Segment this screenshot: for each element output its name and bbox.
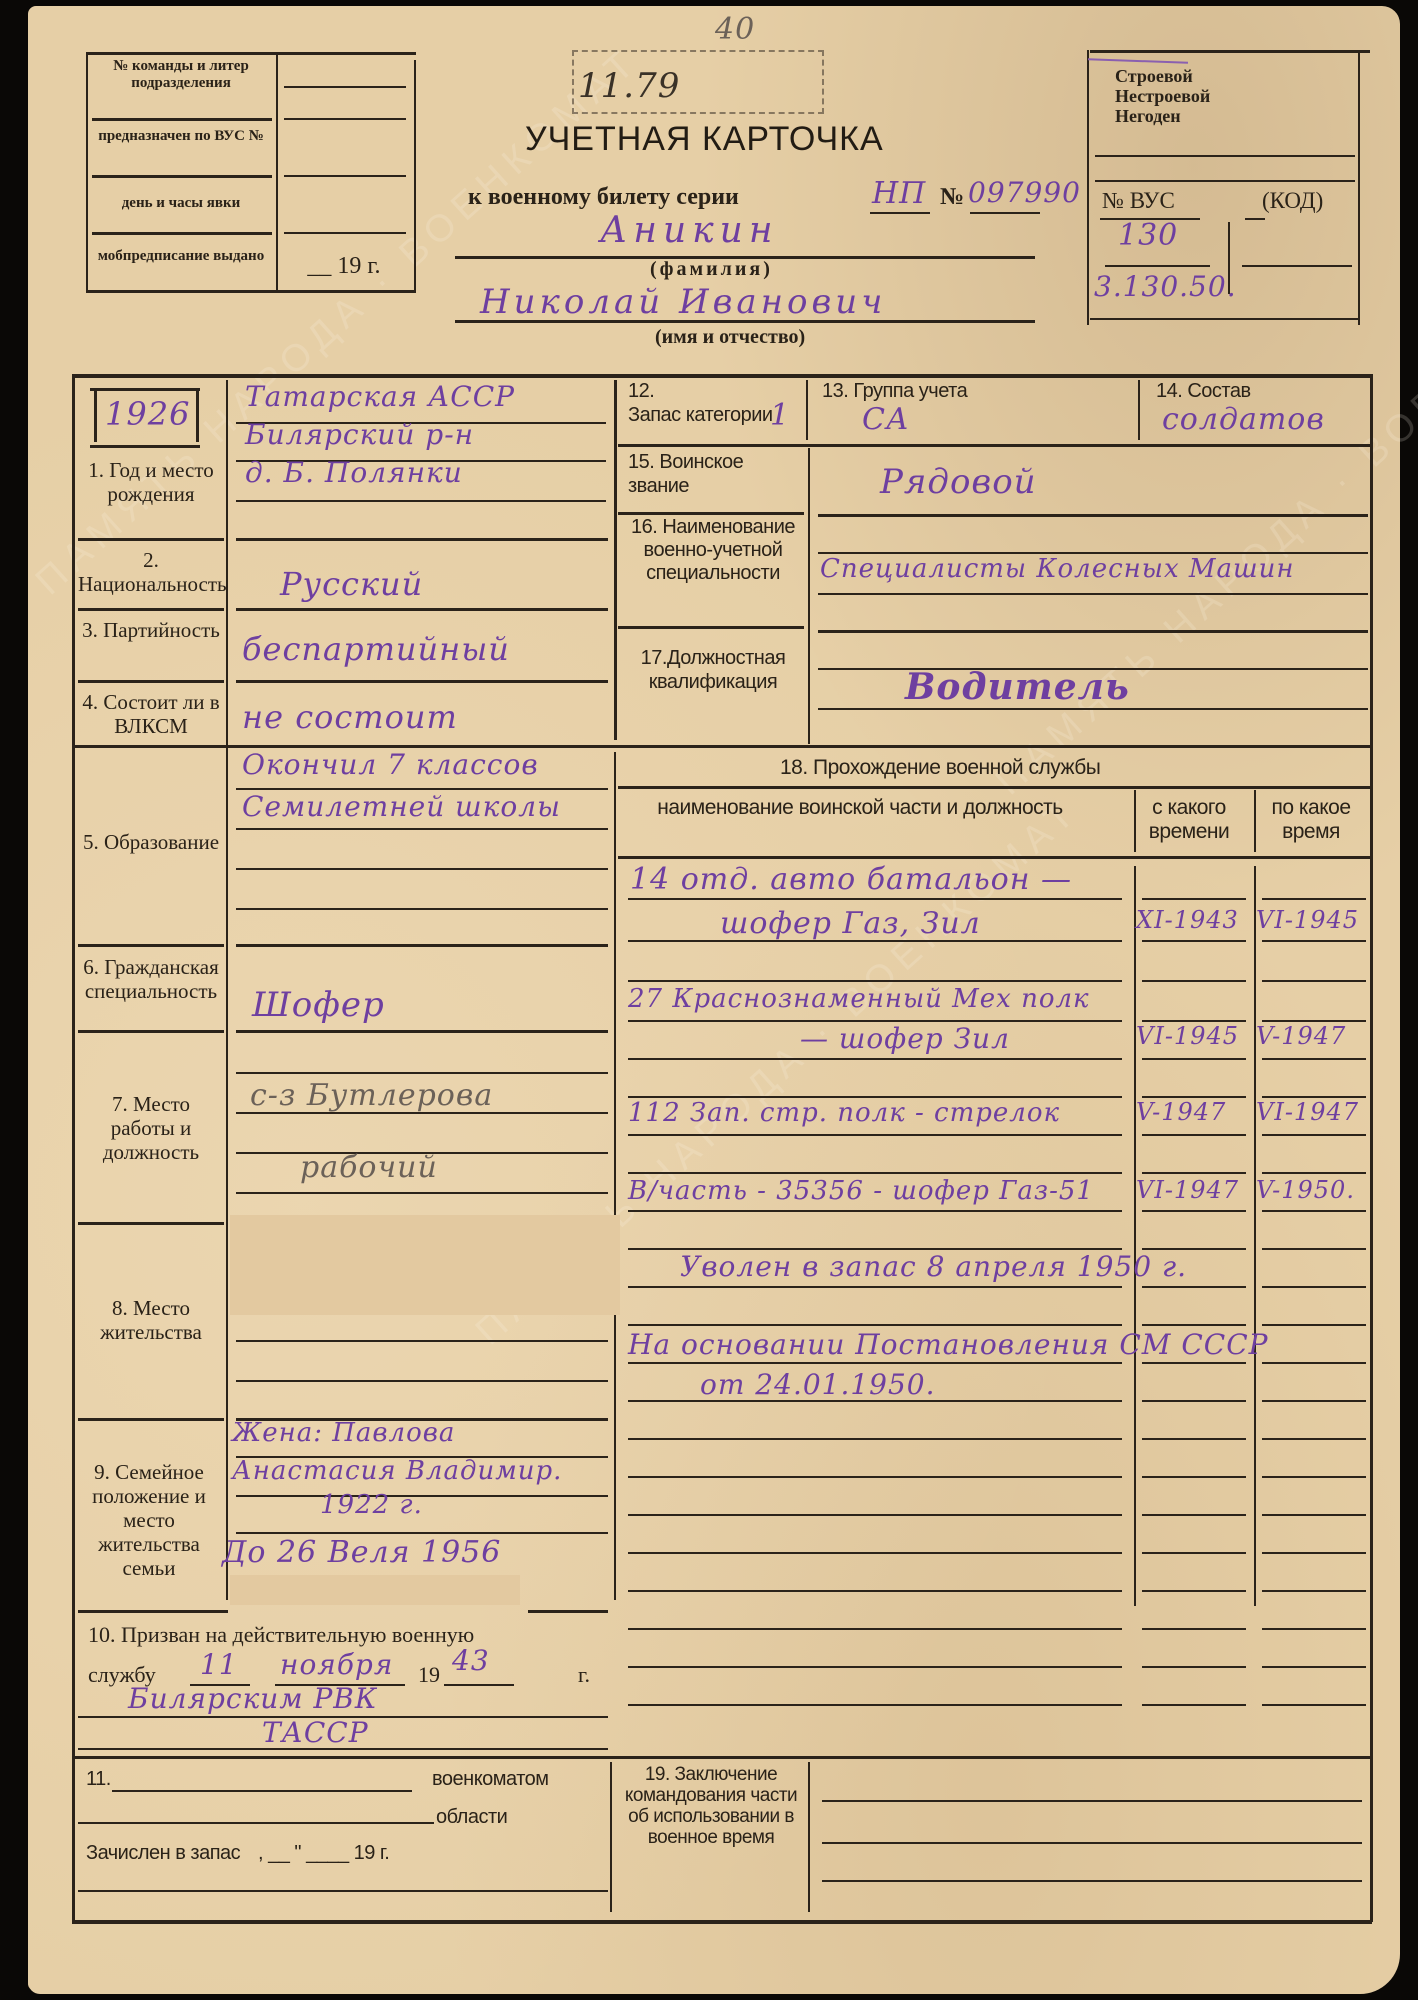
service-from: VI-1947 xyxy=(1136,1176,1239,1204)
service-unit-line: шофер Газ, Зил xyxy=(720,906,981,941)
conscription-month: ноября xyxy=(280,1648,393,1681)
conscription-year: 43 xyxy=(452,1644,490,1677)
label-report-time: день и часы явки xyxy=(96,195,266,212)
workplace-line-1: с-з Бутлерова xyxy=(250,1078,493,1113)
birth-year: 1926 xyxy=(105,395,190,433)
reserve-category-value: 1 xyxy=(770,398,790,433)
vus-note: 3.130.50. xyxy=(1094,270,1237,303)
position-qualification-value: Водитель xyxy=(905,666,1130,708)
komsomol-value: не состоит xyxy=(242,698,458,736)
label-civil-specialty: 6. Гражданская специальность xyxy=(78,955,224,1003)
service-to: VI-1945 xyxy=(1256,906,1359,934)
label-reserve: Зачислен в запас xyxy=(86,1842,240,1865)
nationality-value: Русский xyxy=(280,565,423,603)
label-field-12-num: 12. xyxy=(628,380,654,403)
education-line-2: Семилетней школы xyxy=(242,790,561,823)
conscription-region: ТАССР xyxy=(262,1716,369,1749)
service-unit-line: В/часть - 35356 - шофер Газ-51 xyxy=(628,1176,1094,1206)
label-composition: 14. Состав xyxy=(1156,380,1251,403)
id-number: 097990 xyxy=(968,176,1081,209)
label-nationality: 2. Национальность xyxy=(78,548,224,596)
birth-place-line-1: Татарская АССР xyxy=(245,380,515,413)
main-frame-bottom xyxy=(72,1920,1372,1924)
account-group-value: СА xyxy=(862,402,910,437)
discharge-line-1: Уволен в запас 8 апреля 1950 г. xyxy=(680,1250,1187,1283)
reserve-date: , __ " ____ 19 г. xyxy=(258,1842,389,1865)
conscription-day: 11 xyxy=(200,1648,238,1681)
vus-label: № ВУС xyxy=(1102,188,1175,214)
label-oblast: области xyxy=(436,1806,507,1829)
birth-place-line-3: д. Б. Полянки xyxy=(245,456,463,489)
label-residence: 8. Место жительства xyxy=(78,1296,224,1344)
party-value: беспартийный xyxy=(242,630,510,668)
given-names-caption: (имя и отчество) xyxy=(655,326,805,349)
fitness-option-combat: Строевой xyxy=(1115,66,1210,86)
discharge-line-2: На основании Постановления СМ СССР xyxy=(628,1328,1268,1361)
fitness-option-unfit: Негоден xyxy=(1115,106,1210,126)
pencil-mark: 40 xyxy=(715,12,755,47)
year-suffix: г. xyxy=(578,1662,590,1688)
label-field-11: 11. xyxy=(86,1768,111,1791)
main-frame-top xyxy=(72,374,1372,378)
col-unit-header: наименование воинской части и должность xyxy=(640,796,1080,820)
label-military-specialty: 16. Наименование военно-учетной специаль… xyxy=(620,516,806,585)
label-command-number: № команды и литер подразделения xyxy=(96,58,266,92)
redacted-family xyxy=(230,1575,520,1605)
service-to: VI-1947 xyxy=(1256,1098,1359,1126)
education-line-1: Окончил 7 классов xyxy=(242,748,539,781)
fitness-option-noncombat: Нестроевой xyxy=(1115,86,1210,106)
service-unit-line: 112 Зап. стр. полк - стрелок xyxy=(628,1098,1060,1128)
service-from: V-1947 xyxy=(1136,1098,1226,1126)
id-series: НП xyxy=(872,176,926,211)
birth-place-line-2: Билярский р-н xyxy=(245,418,474,451)
stamp-number: 11.79 xyxy=(578,66,680,106)
label-rank: 15. Воинское звание xyxy=(628,450,808,498)
rank-value: Рядовой xyxy=(880,462,1037,502)
family-line-1: Жена: Павлова xyxy=(232,1418,455,1448)
label-party: 3. Партийность xyxy=(78,618,224,642)
workplace-line-2: рабочий xyxy=(300,1150,438,1185)
label-reserve-category: Запас категории xyxy=(628,404,773,427)
card-title: УЧЕТНАЯ КАРТОЧКА xyxy=(525,120,884,159)
service-title: 18. Прохождение военной службы xyxy=(780,756,1100,780)
label-conscripted: 10. Призван на действительную военную xyxy=(88,1622,474,1648)
label-birth: 1. Год и место рождения xyxy=(78,458,224,506)
code-label: (КОД) xyxy=(1262,188,1323,214)
discharge-line-3: от 24.01.1950. xyxy=(700,1368,936,1401)
family-line-3: 1922 г. xyxy=(320,1490,423,1520)
label-position-qualification: 17.Должностная квалификация xyxy=(620,646,806,694)
label-education: 5. Образование xyxy=(78,830,224,854)
service-to: V-1947 xyxy=(1256,1022,1346,1050)
given-names-value: Николай Иванович xyxy=(480,282,886,322)
label-command-conclusion: 19. Заключение командования части об исп… xyxy=(616,1764,806,1848)
military-specialty-value: Специалисты Колесных Машин xyxy=(820,554,1295,584)
family-line-4: До 26 Веля 1956 xyxy=(222,1535,501,1570)
redacted-residence xyxy=(230,1215,620,1315)
civil-specialty-value: Шофер xyxy=(252,985,385,1025)
number-sign: № xyxy=(940,184,964,211)
col-from-header: с какого времени xyxy=(1136,796,1242,844)
main-frame-right xyxy=(1370,374,1373,1922)
label-komsomol: 4. Состоит ли в ВЛКСМ xyxy=(76,690,226,738)
service-unit-line: — шофер Зил xyxy=(800,1022,1010,1055)
main-frame-left xyxy=(72,374,75,1922)
label-family: 9. Семейное положение и место жительства… xyxy=(72,1460,226,1580)
label-account-group: 13. Группа учета xyxy=(822,380,967,403)
col-to-header: по какое время xyxy=(1256,796,1366,844)
label-mob-order: мобпредписание выдано xyxy=(96,248,266,265)
military-id-label: к военному билету серии xyxy=(468,184,739,211)
label-vus-assigned: предназначен по ВУС № xyxy=(96,128,266,145)
service-to: V-1950. xyxy=(1256,1176,1355,1204)
surname-caption: (фамилия) xyxy=(650,258,773,281)
label-voenkomat: военкоматом xyxy=(432,1768,549,1791)
mob-order-date: __ 19 г. xyxy=(284,255,404,277)
surname-value: Аникин xyxy=(600,210,779,251)
year-prefix: 19 xyxy=(418,1662,440,1688)
family-line-2: Анастасия Владимир. xyxy=(232,1456,562,1486)
service-unit-line: 14 отд. авто батальон — xyxy=(630,862,1072,897)
composition-value: солдатов xyxy=(1162,402,1325,437)
service-unit-line: 27 Краснознаменный Мех полк xyxy=(628,984,1090,1014)
vus-value: 130 xyxy=(1118,218,1178,253)
label-workplace: 7. Место работы и должность xyxy=(78,1092,224,1164)
conscription-office: Билярским РВК xyxy=(128,1682,378,1715)
service-from: XI-1943 xyxy=(1136,906,1239,934)
service-from: VI-1945 xyxy=(1136,1022,1239,1050)
